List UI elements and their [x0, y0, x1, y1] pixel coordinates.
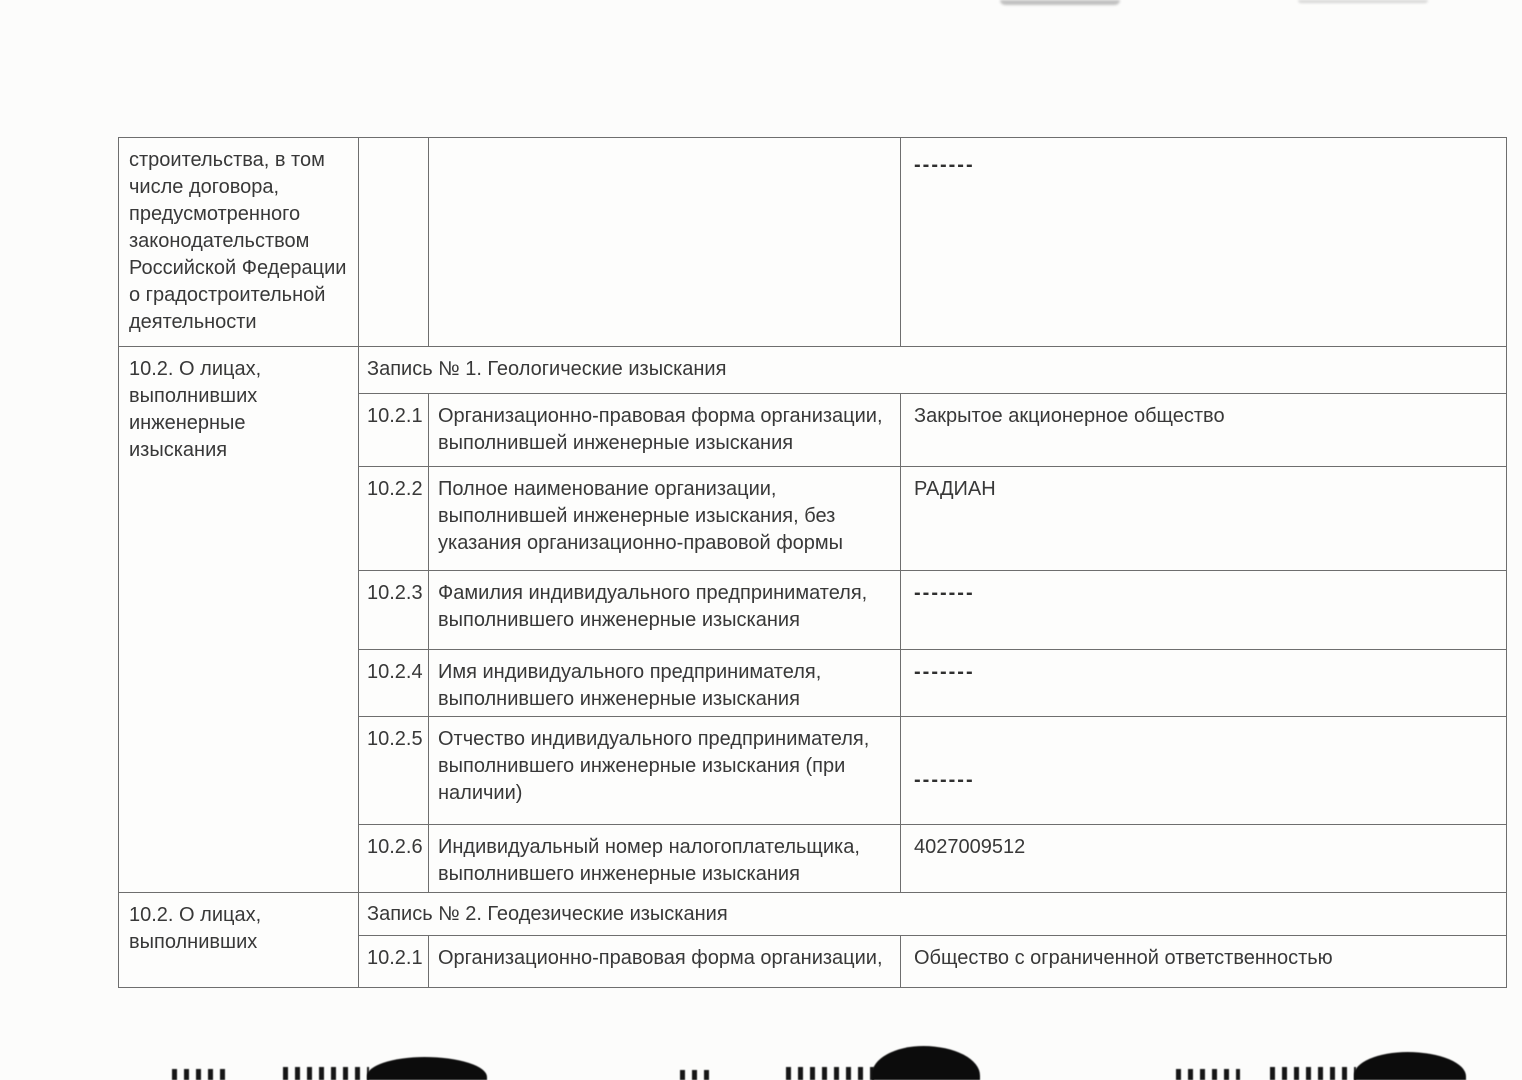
item-value: Закрытое акционерное общество [901, 394, 1506, 466]
section-label-cell: строительства, в том числе договора, пре… [119, 138, 359, 346]
document-table: строительства, в том числе договора, пре… [118, 137, 1507, 988]
empty-value-dashes: ------- [914, 154, 975, 176]
scan-smudge-top [1298, 0, 1428, 3]
item-value-cell: ------- [901, 138, 1506, 346]
empty-value-dashes: ------- [914, 582, 975, 604]
scan-ink-debris [283, 1067, 369, 1080]
scan-ink-debris [1270, 1067, 1356, 1080]
scan-ink-debris [172, 1069, 230, 1080]
table-row: 10.2.2 Полное наименование организации, … [359, 467, 1506, 571]
item-description: Индивидуальный номер налогоплательщика, … [429, 825, 901, 892]
section-label-cell: 10.2. О лицах, выполнивших инженерные из… [119, 347, 359, 892]
scan-ink-blob [1354, 1052, 1466, 1080]
scan-smudge-top [1000, 0, 1120, 5]
table-section-record-2: 10.2. О лицах, выполнивших Запись № 2. Г… [119, 893, 1506, 987]
scan-ink-debris [1176, 1069, 1240, 1080]
item-description: Фамилия индивидуального предпринимателя,… [429, 571, 901, 650]
table-row: 10.2.6 Индивидуальный номер налогоплател… [359, 825, 1506, 892]
item-description: Организационно-правовая форма организаци… [429, 936, 901, 987]
item-description: Полное наименование организации, выполни… [429, 467, 901, 570]
scan-ink-blob [367, 1057, 487, 1080]
table-row: 10.2.3 Фамилия индивидуального предприни… [359, 571, 1506, 651]
record-header-text: Запись № 2. Геодезические изыскания [367, 901, 728, 928]
section-label: 10.2. О лицах, выполнивших инженерные из… [129, 358, 261, 461]
item-number: 10.2.2 [359, 467, 429, 570]
item-description: Отчество индивидуального предпринимателя… [429, 717, 901, 824]
item-description: Имя индивидуального предпринимателя, вып… [429, 650, 901, 716]
item-number: 10.2.3 [359, 571, 429, 650]
table-row: 10.2.4 Имя индивидуального предпринимате… [359, 650, 1506, 717]
item-value: ------- [901, 571, 1506, 650]
record-header: Запись № 1. Геологические изыскания [359, 347, 1506, 394]
table-row: 10.2.1 Организационно-правовая форма орг… [359, 394, 1506, 467]
section-label: 10.2. О лицах, выполнивших [129, 904, 261, 953]
item-value: ------- [901, 650, 1506, 716]
section-label: строительства, в том числе договора, пре… [129, 149, 346, 333]
empty-value-dashes: ------- [914, 661, 975, 683]
item-description-cell-empty [429, 138, 901, 346]
item-description: Организационно-правовая форма организаци… [429, 394, 901, 466]
item-number: 10.2.6 [359, 825, 429, 892]
item-number: 10.2.5 [359, 717, 429, 824]
scan-ink-debris [786, 1067, 874, 1080]
scan-ink-blob [872, 1046, 980, 1080]
item-number: 10.2.1 [359, 936, 429, 987]
item-number: 10.2.1 [359, 394, 429, 466]
item-value: ------- [901, 717, 1506, 824]
item-value: Общество с ограниченной ответственностью [901, 936, 1506, 987]
empty-value-dashes: ------- [914, 769, 975, 791]
item-number-cell-empty [359, 138, 429, 346]
item-value: 4027009512 [901, 825, 1506, 892]
table-row: 10.2.1 Организационно-правовая форма орг… [359, 936, 1506, 987]
scan-ink-debris [680, 1070, 716, 1080]
table-row: 10.2.5 Отчество индивидуального предприн… [359, 717, 1506, 825]
table-section-continuation: строительства, в том числе договора, пре… [119, 138, 1506, 347]
record-header-text: Запись № 1. Геологические изыскания [367, 356, 726, 383]
section-label-cell: 10.2. О лицах, выполнивших [119, 893, 359, 987]
item-value: РАДИАН [901, 467, 1506, 570]
table-section-record-1: 10.2. О лицах, выполнивших инженерные из… [119, 347, 1506, 893]
record-header: Запись № 2. Геодезические изыскания [359, 893, 1506, 936]
item-number: 10.2.4 [359, 650, 429, 716]
